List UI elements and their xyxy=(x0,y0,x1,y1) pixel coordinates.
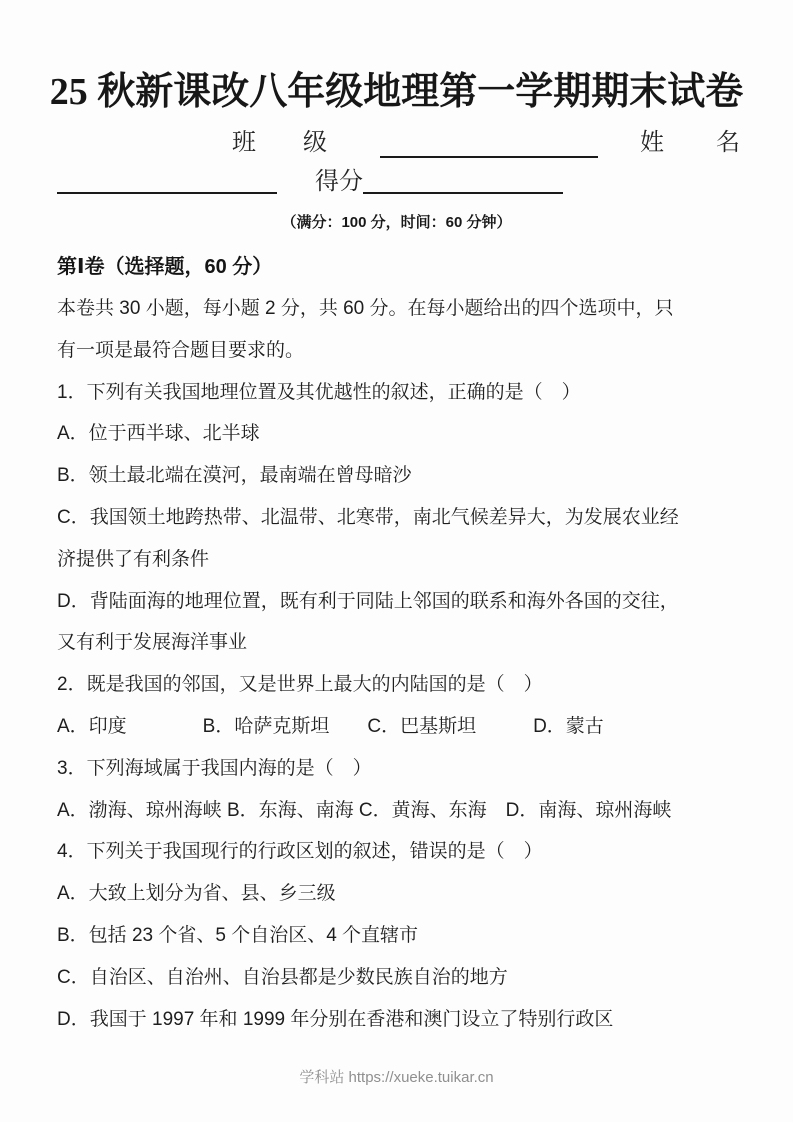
text-line: 有一项是最符合题目要求的。 xyxy=(57,330,767,372)
question-text-block: 本卷共 30 小题，每小题 2 分，共 60 分。在每小题给出的四个选项中，只有… xyxy=(57,288,767,1040)
text-line: 3．下列海域属于我国内海的是（ ） xyxy=(57,748,767,790)
exam-paper-page: 25 秋新课改八年级地理第一学期期末试卷 班 级 姓 名 得分 （满分：100 … xyxy=(0,0,793,1122)
exam-title: 25 秋新课改八年级地理第一学期期末试卷 xyxy=(0,60,793,115)
score-blank-line xyxy=(363,192,563,194)
text-line: D．背陆面海的地理位置，既有利于同陆上邻国的联系和海外各国的交往， xyxy=(57,581,767,623)
class-blank-line xyxy=(380,156,598,158)
text-line: C．我国领土地跨热带、北温带、北寒带，南北气候差异大，为发展农业经 xyxy=(57,497,767,539)
text-line: A．大致上划分为省、县、乡三级 xyxy=(57,873,767,915)
text-line: A．位于西半球、北半球 xyxy=(57,413,767,455)
text-line: A．印度 B．哈萨克斯坦 C．巴基斯坦 D．蒙古 xyxy=(57,706,767,748)
text-line: 又有利于发展海洋事业 xyxy=(57,622,767,664)
score-label: 得分 xyxy=(315,168,363,196)
text-line: C．自治区、自治州、自治县都是少数民族自治的地方 xyxy=(57,957,767,999)
class-label-char-2: 级 xyxy=(303,129,327,157)
section-heading: 第Ⅰ卷（选择题，60 分） xyxy=(57,250,272,279)
site-watermark: 学科站 https://xueke.tuikar.cn xyxy=(0,1066,793,1087)
text-line: 本卷共 30 小题，每小题 2 分，共 60 分。在每小题给出的四个选项中，只 xyxy=(57,288,767,330)
text-line: D．我国于 1997 年和 1999 年分别在香港和澳门设立了特别行政区 xyxy=(57,999,767,1041)
text-line: 济提供了有利条件 xyxy=(57,539,767,581)
text-line: 1．下列有关我国地理位置及其优越性的叙述，正确的是（ ） xyxy=(57,372,767,414)
name-label-char-1: 姓 xyxy=(640,129,664,157)
text-line: A．渤海、琼州海峡 B．东海、南海 C．黄海、东海 D．南海、琼州海峡 xyxy=(57,790,767,832)
text-line: B．包括 23 个省、5 个自治区、4 个直辖市 xyxy=(57,915,767,957)
class-label-char-1: 班 xyxy=(232,129,256,157)
name-blank-line xyxy=(57,192,277,194)
text-line: 2．既是我国的邻国，又是世界上最大的内陆国的是（ ） xyxy=(57,664,767,706)
text-line: 4．下列关于我国现行的行政区划的叙述，错误的是（ ） xyxy=(57,831,767,873)
name-label-char-2: 名 xyxy=(716,129,740,157)
text-line: B．领土最北端在漠河，最南端在曾母暗沙 xyxy=(57,455,767,497)
exam-meta-subtitle: （满分：100 分，时间：60 分钟） xyxy=(0,211,793,232)
